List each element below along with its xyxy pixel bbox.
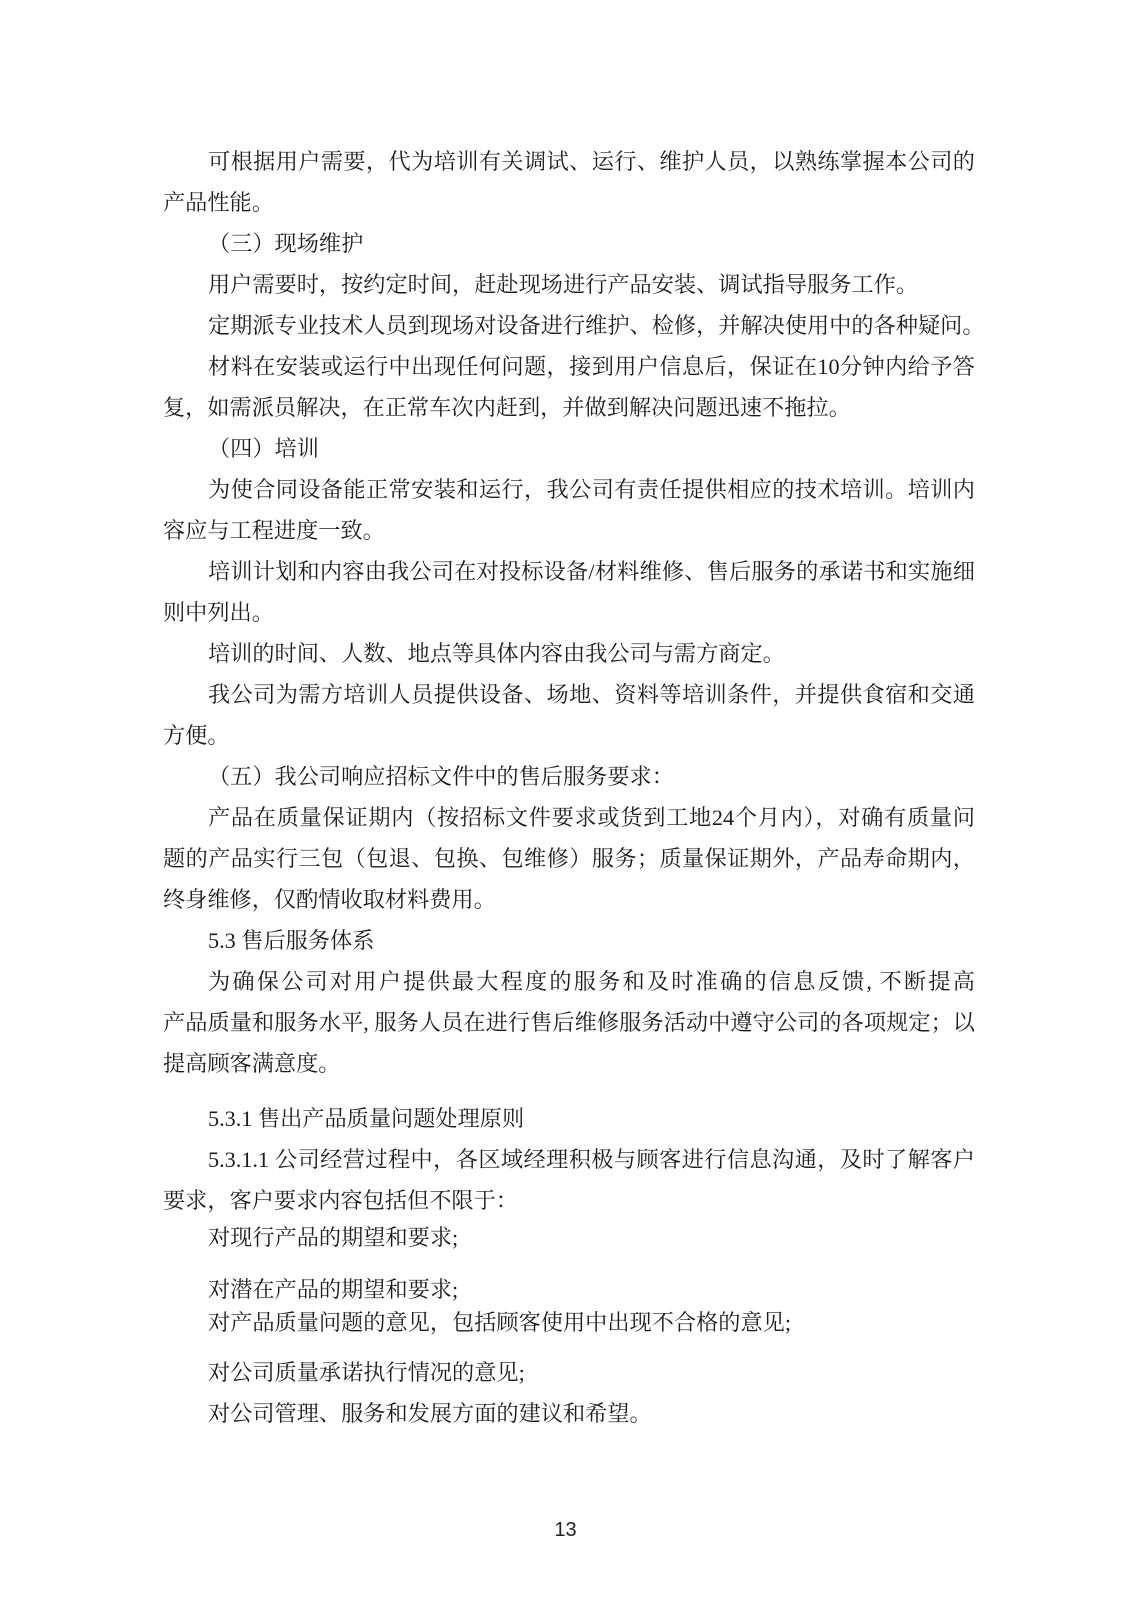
- text-line: 材料在安装或运行中出现任何问题，接到用户信息后，保证在10分钟内给予答: [163, 346, 975, 387]
- text-line: 产品质量和服务水平, 服务人员在进行售后维修服务活动中遵守公司的各项规定；以: [163, 1002, 975, 1043]
- text-line: 要求，客户要求内容包括但不限于：: [163, 1180, 975, 1221]
- text-line: 提高顾客满意度。: [163, 1043, 975, 1084]
- text-line: （五）我公司响应招标文件中的售后服务要求：: [163, 756, 975, 797]
- text-line: 定期派专业技术人员到现场对设备进行维护、检修，并解决使用中的各种疑问。: [163, 305, 975, 346]
- text-line: 对公司管理、服务和发展方面的建议和希望。: [163, 1397, 975, 1430]
- text-line: 产品性能。: [163, 182, 975, 223]
- text-line: 用户需要时，按约定时间，赶赴现场进行产品安装、调试指导服务工作。: [163, 264, 975, 305]
- text-line: 可根据用户需要，代为培训有关调试、运行、维护人员，以熟练掌握本公司的: [163, 141, 975, 182]
- text-line: 则中列出。: [163, 592, 975, 633]
- text-line: 5.3.1 售出产品质量问题处理原则: [163, 1098, 975, 1139]
- text-line: 对潜在产品的期望和要求;: [163, 1273, 975, 1306]
- document-page: 可根据用户需要，代为培训有关调试、运行、维护人员，以熟练掌握本公司的产品性能。（…: [0, 0, 1131, 1600]
- text-line: 终身维修，仅酌情收取材料费用。: [163, 879, 975, 920]
- text-line: 培训的时间、人数、地点等具体内容由我公司与需方商定。: [163, 633, 975, 674]
- page-number: 13: [0, 1519, 1131, 1542]
- text-line: 5.3.1.1 公司经营过程中，各区域经理积极与顾客进行信息沟通，及时了解客户: [163, 1139, 975, 1180]
- text-line: （三）现场维护: [163, 223, 975, 264]
- text-line: 5.3 售后服务体系: [163, 920, 975, 961]
- text-line: 对公司质量承诺执行情况的意见;: [163, 1356, 975, 1389]
- text-line: 产品在质量保证期内（按招标文件要求或货到工地24个月内），对确有质量问: [163, 797, 975, 838]
- text-line: 对现行产品的期望和要求;: [163, 1221, 975, 1254]
- text-line: 对产品质量问题的意见，包括顾客使用中出现不合格的意见;: [163, 1306, 975, 1339]
- text-line: 为确保公司对用户提供最大程度的服务和及时准确的信息反馈, 不断提高: [163, 961, 975, 1002]
- text-line: 培训计划和内容由我公司在对投标设备/材料维修、售后服务的承诺书和实施细: [163, 551, 975, 592]
- text-line: 为使合同设备能正常安装和运行，我公司有责任提供相应的技术培训。培训内: [163, 469, 975, 510]
- text-line: 我公司为需方培训人员提供设备、场地、资料等培训条件，并提供食宿和交通: [163, 674, 975, 715]
- blank-line: [163, 1254, 975, 1273]
- text-line: 容应与工程进度一致。: [163, 510, 975, 551]
- text-line: 方便。: [163, 715, 975, 756]
- text-line: 复，如需派员解决，在正常车次内赶到，并做到解决问题迅速不拖拉。: [163, 387, 975, 428]
- blank-line: [163, 1339, 975, 1356]
- text-line: （四）培训: [163, 428, 975, 469]
- text-line: 题的产品实行三包（包退、包换、包维修）服务；质量保证期外，产品寿命期内，: [163, 838, 975, 879]
- document-body: 可根据用户需要，代为培训有关调试、运行、维护人员，以熟练掌握本公司的产品性能。（…: [163, 141, 975, 1430]
